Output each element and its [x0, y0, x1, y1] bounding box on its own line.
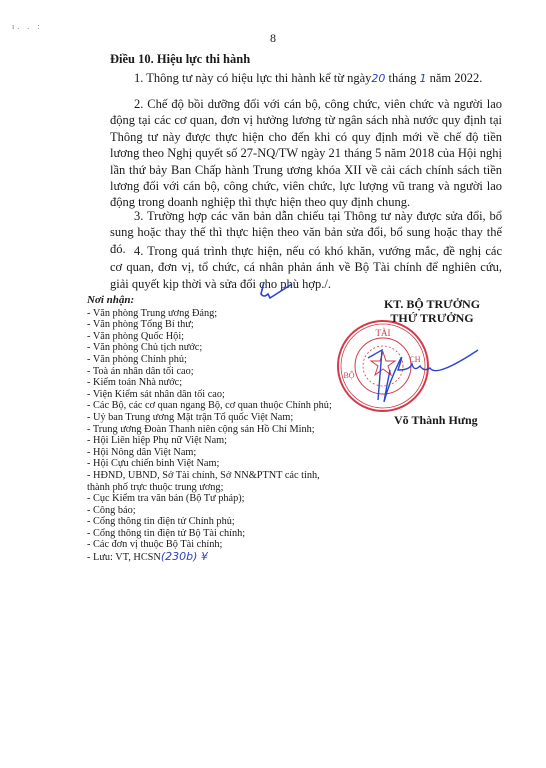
- handwritten-day: 20: [371, 72, 385, 85]
- clause-2: 2. Chế độ bồi dưỡng đối với cán bộ, công…: [110, 96, 502, 211]
- scan-marks: ı. . :: [12, 22, 42, 31]
- recipient-item: - Trung ương Đoàn Thanh niên cộng sản Hồ…: [87, 424, 387, 436]
- handwritten-archive-note: (230b) ¥: [161, 550, 208, 563]
- clause-1: 1. Thông tư này có hiệu lực thi hành kể …: [110, 70, 502, 87]
- signature-block: KT. BỘ TRƯỞNG THỨ TRƯỞNG: [372, 297, 492, 325]
- signature-title-line2: THỨ TRƯỞNG: [372, 311, 492, 325]
- recipient-archive: - Lưu: VT, HCSN(230b) ¥: [87, 551, 387, 564]
- page-number: 8: [0, 31, 546, 46]
- recipient-item: - HĐND, UBND, Sở Tài chính, Sở NN&PTNT c…: [87, 470, 387, 482]
- signature-icon: [360, 330, 480, 410]
- recipient-item: - Công báo;: [87, 505, 387, 517]
- recipient-item: - Cổng thông tin điện tử Chính phủ;: [87, 516, 387, 528]
- recipient-item: thành phố trực thuộc trung ương;: [87, 482, 387, 494]
- signer-name: Võ Thành Hưng: [394, 413, 478, 428]
- article-title: Điều 10. Hiệu lực thi hành: [110, 52, 250, 67]
- svg-text:BỘ: BỘ: [343, 370, 354, 380]
- recipients-heading: Nơi nhận:: [87, 295, 387, 307]
- clause-1-before: 1. Thông tư này có hiệu lực thi hành kể …: [134, 71, 371, 85]
- recipient-item: - Cổng thông tin điện tử Bộ Tài chính;: [87, 528, 387, 540]
- recipient-item: - Hội Nông dân Việt Nam;: [87, 447, 387, 459]
- clause-1-middle: tháng: [385, 71, 419, 85]
- recipient-item: - Các đơn vị thuộc Bộ Tài chính;: [87, 539, 387, 551]
- recipient-item: - Cục Kiểm tra văn bản (Bộ Tư pháp);: [87, 493, 387, 505]
- clause-1-after: năm 2022.: [426, 71, 482, 85]
- recipient-item: - Hội Cựu chiến binh Việt Nam;: [87, 458, 387, 470]
- clause-4: 4. Trong quá trình thực hiện, nếu có khó…: [110, 243, 502, 292]
- signature-title-line1: KT. BỘ TRƯỞNG: [372, 297, 492, 311]
- recipient-item: - Hội Liên hiệp Phụ nữ Việt Nam;: [87, 435, 387, 447]
